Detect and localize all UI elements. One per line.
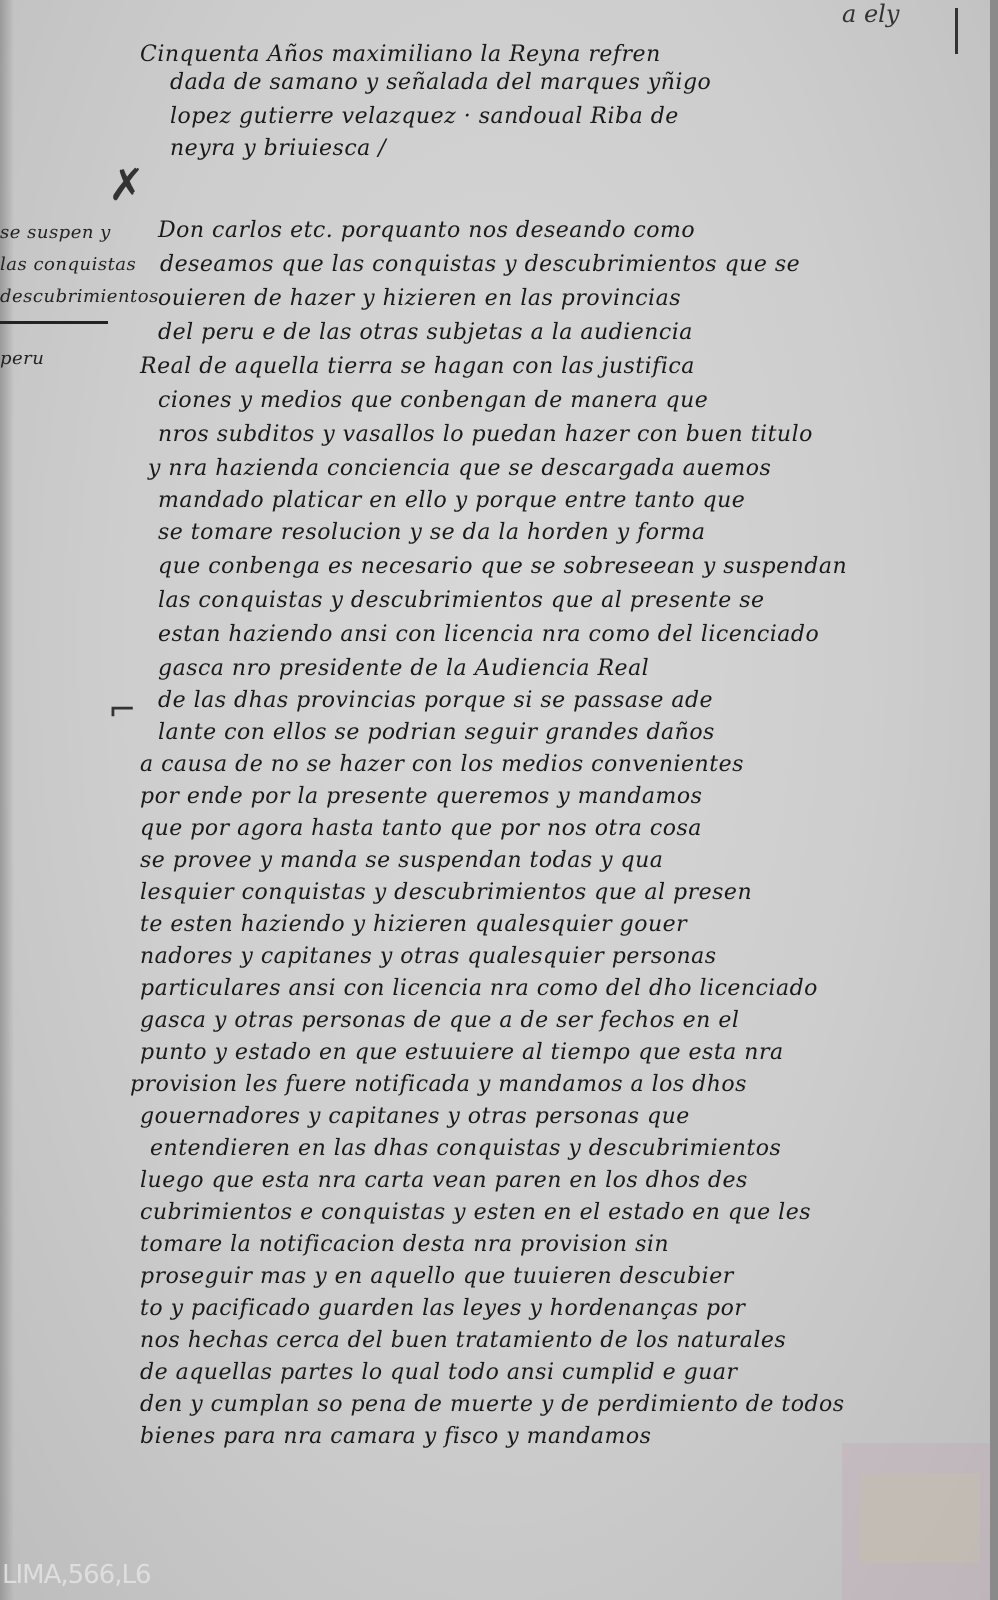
margin-line: peru [0, 348, 44, 369]
body-line: bienes para nra camara y fisco y mandamo… [140, 1424, 651, 1449]
margin-line: las conquistas [0, 254, 136, 275]
manuscript-page: a ely Cinquenta Años maximiliano la Reyn… [0, 0, 990, 1600]
header-line: dada de samano y señalada del marques yñ… [170, 70, 711, 95]
body-line: de aquellas partes lo qual todo ansi cum… [140, 1360, 737, 1385]
color-calibration-patch [842, 1443, 990, 1600]
body-line: deseamos que las conquistas y descubrimi… [160, 252, 800, 277]
margin-divider [0, 321, 108, 324]
folio-stroke [955, 8, 958, 54]
body-line: por ende por la presente queremos y mand… [140, 784, 702, 809]
scan-border [990, 0, 998, 1600]
body-line: den y cumplan so pena de muerte y de per… [140, 1392, 845, 1417]
body-line: entendieren en las dhas conquistas y des… [150, 1136, 781, 1161]
body-line: y nra hazienda conciencia que se descarg… [148, 456, 771, 481]
calibration-inner [860, 1473, 980, 1563]
cross-mark-icon: ✗ [108, 160, 145, 211]
body-line: provision les fuere notificada y mandamo… [130, 1072, 747, 1097]
body-line: las conquistas y descubrimientos que al … [158, 588, 765, 613]
body-line: cubrimientos e conquistas y esten en el … [140, 1200, 811, 1225]
body-line: nros subditos y vasallos lo puedan hazer… [158, 422, 813, 447]
body-line: tomare la notificacion desta nra provisi… [140, 1232, 669, 1257]
body-line: ouieren de hazer y hizieren en las provi… [158, 286, 681, 311]
margin-line: descubrimientos [0, 286, 159, 307]
body-line: lante con ellos se podrian seguir grande… [158, 720, 715, 745]
body-line: te esten haziendo y hizieren qualesquier… [140, 912, 687, 937]
body-line: gouernadores y capitanes y otras persona… [140, 1104, 690, 1129]
body-line: que por agora hasta tanto que por nos ot… [140, 816, 702, 841]
header-line: neyra y briuiesca / [170, 136, 386, 161]
body-line: Real de aquella tierra se hagan con las … [140, 354, 695, 379]
body-line: gasca nro presidente de la Audiencia Rea… [158, 656, 649, 681]
body-line: lesquier conquistas y descubrimientos qu… [140, 880, 752, 905]
margin-line: se suspen y [0, 222, 111, 243]
archive-reference: LIMA,566,L6 [2, 1560, 151, 1590]
body-line: ciones y medios que conbengan de manera … [158, 388, 708, 413]
body-line: to y pacificado guarden las leyes y hord… [140, 1296, 745, 1321]
body-line: particulares ansi con licencia nra como … [140, 976, 818, 1001]
body-line: del peru e de las otras subjetas a la au… [158, 320, 693, 345]
body-line: gasca y otras personas de que a de ser f… [140, 1008, 739, 1033]
body-line: punto y estado en que estuuiere al tiemp… [140, 1040, 784, 1065]
body-line: nos hechas cerca del buen tratamiento de… [140, 1328, 786, 1353]
body-line: que conbenga es necesario que se sobrese… [158, 554, 847, 579]
folio-mark: a ely [842, 0, 899, 28]
body-line: se provee y manda se suspendan todas y q… [140, 848, 663, 873]
header-line: lopez gutierre velazquez · sandoual Riba… [170, 104, 679, 129]
body-line: estan haziendo ansi con licencia nra com… [158, 622, 819, 647]
body-line: nadores y capitanes y otras qualesquier … [140, 944, 717, 969]
body-line: se tomare resolucion y se da la horden y… [158, 520, 706, 545]
body-line: mandado platicar en ello y porque entre … [158, 488, 745, 513]
body-line: a causa de no se hazer con los medios co… [140, 752, 744, 777]
body-line: luego que esta nra carta vean paren en l… [140, 1168, 748, 1193]
body-line: proseguir mas y en aquello que tuuieren … [140, 1264, 734, 1289]
body-line: Don carlos etc. porquanto nos deseando c… [158, 218, 695, 243]
body-line: de las dhas provincias porque si se pass… [158, 688, 713, 713]
margin-mark-icon: ⌐ [108, 690, 137, 730]
header-line: Cinquenta Años maximiliano la Reyna refr… [140, 42, 661, 67]
